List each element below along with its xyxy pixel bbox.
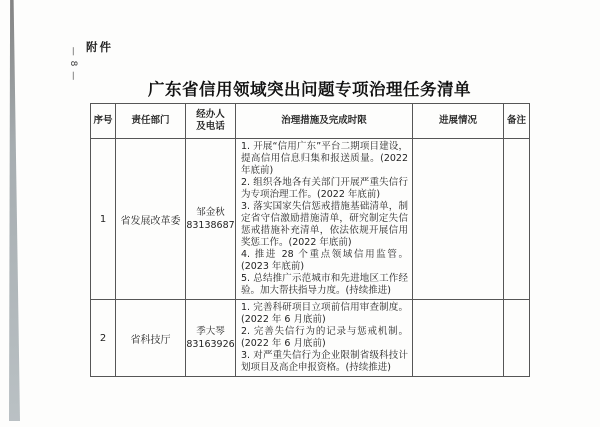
measure-item: 2. 组织各地各有关部门开展严重失信行为专项治理工作。(2022 年底前) xyxy=(241,177,408,201)
row2-department: 省科技厅 xyxy=(116,300,186,377)
measure-item: 1. 完善科研项目立项前信用审查制度。(2022 年 6 月底前) xyxy=(241,302,408,326)
row1-department: 省发展改革委 xyxy=(116,139,186,300)
header-handler-phone: 经办人 及电话 xyxy=(186,104,236,139)
table-row: 1 省发展改革委 邹金秋 83138687 1. 开展“信用广东”平台二期项目建… xyxy=(91,139,530,300)
measure-item: 3. 落实国家失信惩戒措施基础清单，制定省守信激励措施清单，研究制定失信惩戒措施… xyxy=(241,201,408,249)
row2-progress xyxy=(413,300,504,377)
measure-item: 4. 推进 28 个重点领域信用监管。(2023 年底前) xyxy=(241,249,408,273)
row2-handler-name: 季大琴 xyxy=(186,325,235,338)
table-row: 2 省科技厅 季大琴 83163926 1. 完善科研项目立项前信用审查制度。(… xyxy=(91,300,530,377)
measure-item: 1. 开展“信用广东”平台二期项目建设，提高信用信息归集和报送质量。(2022 … xyxy=(241,141,408,177)
page-number-vertical: — 8 — xyxy=(68,47,78,81)
task-table: 序号 责任部门 经办人 及电话 治理措施及完成时限 进展情况 备注 1 省发展改… xyxy=(90,103,530,377)
header-serial-number: 序号 xyxy=(91,104,116,139)
row1-serial-number: 1 xyxy=(91,139,116,300)
measure-item: 3. 对严重失信行为企业限制省级科技计划项目及高企申报资格。(持续推进) xyxy=(241,350,408,374)
header-responsible-department: 责任部门 xyxy=(116,104,186,139)
row1-remarks xyxy=(504,139,530,300)
row2-remarks xyxy=(504,300,530,377)
row2-handler: 季大琴 83163926 xyxy=(186,300,236,377)
scan-page-edge-shadow xyxy=(9,0,20,421)
row2-handler-phone: 83163926 xyxy=(186,338,235,351)
header-measures-deadline: 治理措施及完成时限 xyxy=(236,104,413,139)
header-progress: 进展情况 xyxy=(413,104,504,139)
row1-handler-phone: 83138687 xyxy=(186,219,235,232)
measure-item: 2. 完善失信行为的记录与惩戒机制。(2022 年 6 月底前) xyxy=(241,326,408,350)
table-header-row: 序号 责任部门 经办人 及电话 治理措施及完成时限 进展情况 备注 xyxy=(91,104,530,139)
row2-measures: 1. 完善科研项目立项前信用审查制度。(2022 年 6 月底前) 2. 完善失… xyxy=(236,300,413,377)
measure-item: 5. 总结推广示范城市和先进地区工作经验。加大帮扶指导力度。(持续推进) xyxy=(241,273,408,297)
attachment-label: 附件 xyxy=(86,39,113,55)
row1-progress xyxy=(413,139,504,300)
document-title: 广东省信用领域突出问题专项治理任务清单 xyxy=(90,76,529,100)
row2-serial-number: 2 xyxy=(91,300,116,377)
row1-measures: 1. 开展“信用广东”平台二期项目建设，提高信用信息归集和报送质量。(2022 … xyxy=(236,139,413,300)
row1-handler: 邹金秋 83138687 xyxy=(186,139,236,300)
header-remarks: 备注 xyxy=(504,104,530,139)
row1-handler-name: 邹金秋 xyxy=(186,206,235,219)
